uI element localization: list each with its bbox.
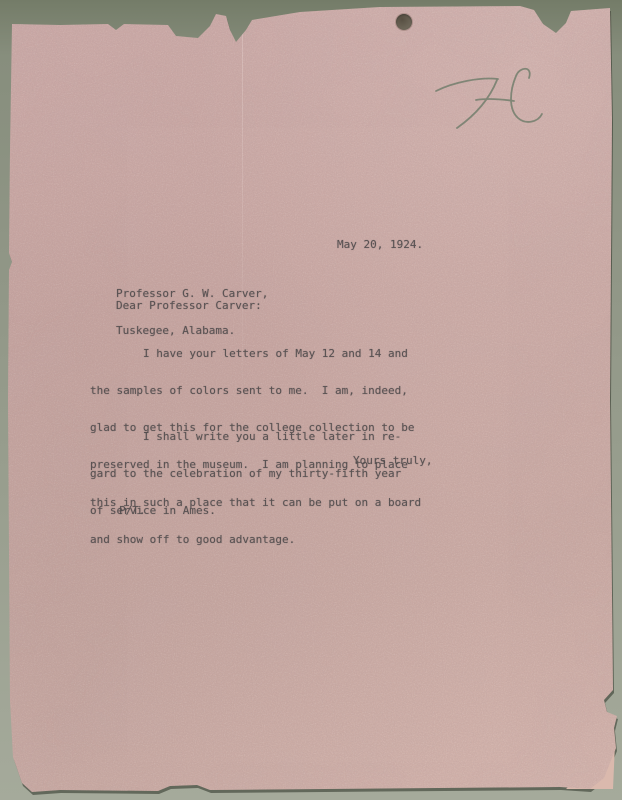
letter-paper: May 20, 1924. Professor G. W. Carver, Tu… [0,0,622,800]
pencil-stroke [511,69,542,122]
body-line: gard to the celebration of my thirty-fif… [90,468,401,480]
pencil-stroke [476,99,514,101]
letter-date: May 20, 1924. [337,239,423,251]
handwritten-7c-mark [430,64,562,136]
pencil-stroke [436,79,498,91]
punch-hole [396,14,412,30]
body-paragraph: I shall write you a little later in re- … [90,406,401,542]
body-line: the samples of colors sent to me. I am, … [90,385,421,397]
body-line: I shall write you a little later in re- [90,431,401,443]
scanned-letter: May 20, 1924. Professor G. W. Carver, Tu… [0,0,622,800]
pencil-stroke [457,80,497,128]
salutation: Dear Professor Carver: [116,300,262,312]
body-line: I have your letters of May 12 and 14 and [90,348,421,360]
typist-initials: P/T. [119,505,146,517]
closing: Yours truly, [353,455,432,467]
